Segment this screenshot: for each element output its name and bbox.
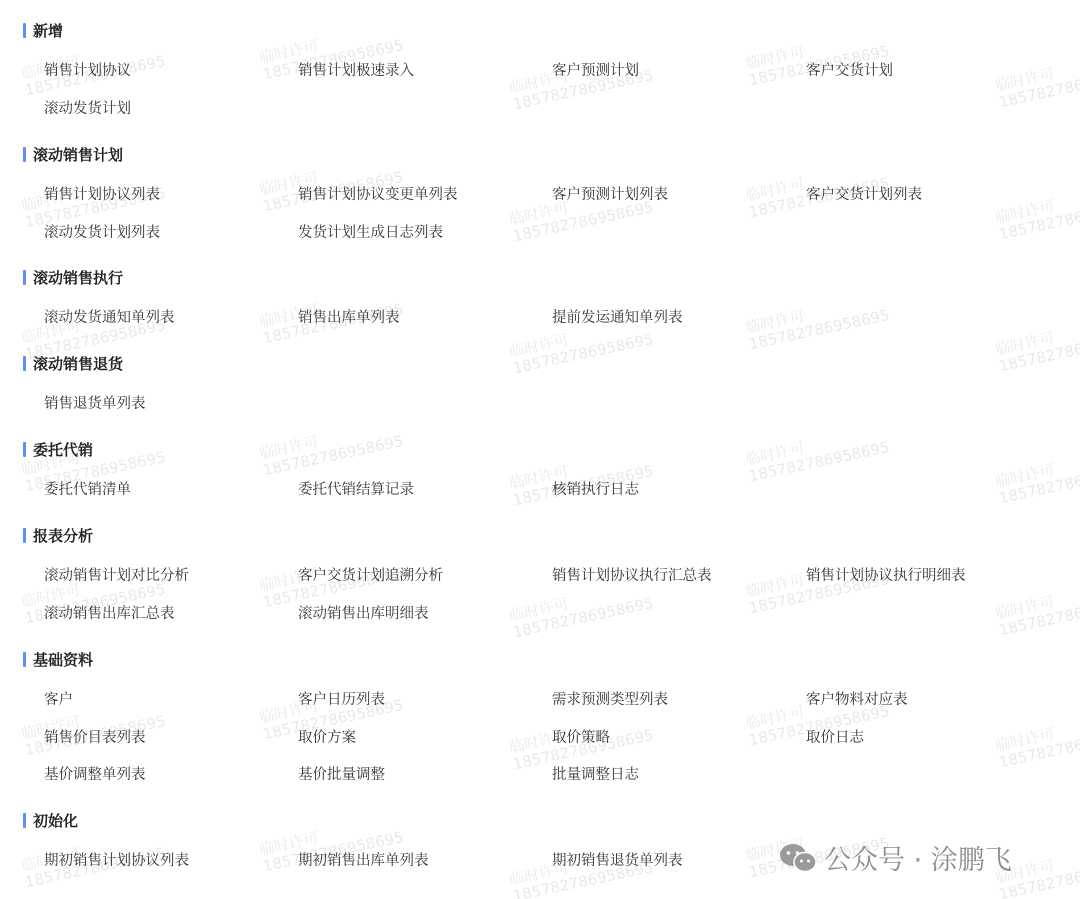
menu-link[interactable]: 客户交货计划列表 — [806, 186, 922, 204]
menu-link[interactable]: 客户交货计划追溯分析 — [298, 567, 443, 585]
watermark: 临时许可185782786958695 — [258, 152, 405, 215]
menu-link[interactable]: 客户日历列表 — [298, 691, 385, 709]
watermark: 临时许可185782786958695 — [994, 180, 1080, 243]
section-accent-bar — [23, 442, 26, 457]
section-title-label: 新增 — [33, 20, 63, 41]
menu-link[interactable]: 客户物料对应表 — [806, 691, 908, 709]
section-accent-bar — [23, 813, 26, 828]
menu-link[interactable]: 销售计划协议列表 — [44, 186, 160, 204]
section-title: 滚动销售执行 — [23, 269, 123, 285]
menu-link[interactable]: 提前发运通知单列表 — [552, 309, 683, 327]
menu-link[interactable]: 期初销售退货单列表 — [552, 852, 683, 870]
section-title: 委托代销 — [23, 441, 93, 457]
menu-link[interactable]: 销售计划极速录入 — [298, 62, 414, 80]
section-title-label: 初始化 — [33, 810, 78, 831]
footer-brand-text: 公众号 · 涂鹏飞 — [824, 838, 1012, 877]
menu-link[interactable]: 销售计划协议 — [44, 62, 131, 80]
menu-link[interactable]: 需求预测类型列表 — [552, 691, 668, 709]
watermark: 临时许可185782786958695 — [994, 444, 1080, 507]
section-title: 新增 — [23, 22, 63, 38]
menu-link[interactable]: 滚动销售出库明细表 — [298, 605, 429, 623]
watermark: 临时许可185782786958695 — [258, 416, 405, 479]
section-title: 报表分析 — [23, 527, 93, 543]
section-accent-bar — [23, 270, 26, 285]
watermark: 临时许可185782786958695 — [744, 290, 891, 353]
menu-link[interactable]: 滚动销售计划对比分析 — [44, 567, 189, 585]
section-title-label: 基础资料 — [33, 649, 93, 670]
menu-link[interactable]: 取价策略 — [552, 729, 610, 747]
watermark: 临时许可185782786958695 — [508, 50, 655, 113]
menu-link[interactable]: 客户 — [44, 691, 73, 709]
watermark: 临时许可185782786958695 — [994, 576, 1080, 639]
menu-link[interactable]: 发货计划生成日志列表 — [298, 224, 443, 242]
menu-link[interactable]: 取价日志 — [806, 729, 864, 747]
menu-link[interactable]: 销售计划协议变更单列表 — [298, 186, 458, 204]
footer-brand: 公众号 · 涂鹏飞 — [778, 838, 1012, 877]
menu-link[interactable]: 滚动发货通知单列表 — [44, 309, 175, 327]
menu-link[interactable]: 销售退货单列表 — [44, 395, 146, 413]
menu-link[interactable]: 销售计划协议执行汇总表 — [552, 567, 712, 585]
watermark: 临时许可185782786958695 — [508, 578, 655, 641]
menu-link[interactable]: 滚动发货计划 — [44, 100, 131, 118]
menu-link[interactable]: 基价批量调整 — [298, 766, 385, 784]
watermark: 临时许可185782786958695 — [994, 48, 1080, 111]
watermark: 临时许可185782786958695 — [994, 312, 1080, 375]
section-title: 基础资料 — [23, 651, 93, 667]
section-accent-bar — [23, 652, 26, 667]
section-title-label: 报表分析 — [33, 525, 93, 546]
section-title-label: 滚动销售退货 — [33, 353, 123, 374]
watermark: 临时许可185782786958695 — [508, 842, 655, 899]
section-accent-bar — [23, 356, 26, 371]
menu-link[interactable]: 期初销售出库单列表 — [298, 852, 429, 870]
wechat-icon — [778, 842, 818, 874]
menu-link[interactable]: 取价方案 — [298, 729, 356, 747]
watermark: 临时许可185782786958695 — [744, 422, 891, 485]
section-accent-bar — [23, 23, 26, 38]
section-accent-bar — [23, 147, 26, 162]
watermark: 临时许可185782786958695 — [994, 708, 1080, 771]
menu-link[interactable]: 客户预测计划 — [552, 62, 639, 80]
menu-link[interactable]: 委托代销清单 — [44, 481, 131, 499]
section-accent-bar — [23, 528, 26, 543]
section-title-label: 委托代销 — [33, 439, 93, 460]
menu-link[interactable]: 滚动销售出库汇总表 — [44, 605, 175, 623]
watermark: 临时许可185782786958695 — [744, 554, 891, 617]
section-title: 滚动销售计划 — [23, 146, 123, 162]
menu-link[interactable]: 批量调整日志 — [552, 766, 639, 784]
section-title-label: 滚动销售计划 — [33, 144, 123, 165]
section-title: 初始化 — [23, 812, 78, 828]
menu-link[interactable]: 销售出库单列表 — [298, 309, 400, 327]
menu-link[interactable]: 期初销售计划协议列表 — [44, 852, 189, 870]
menu-link[interactable]: 滚动发货计划列表 — [44, 224, 160, 242]
menu-link[interactable]: 客户预测计划列表 — [552, 186, 668, 204]
section-title: 滚动销售退货 — [23, 355, 123, 371]
menu-link[interactable]: 销售计划协议执行明细表 — [806, 567, 966, 585]
menu-link[interactable]: 客户交货计划 — [806, 62, 893, 80]
watermark: 临时许可185782786958695 — [508, 446, 655, 509]
section-title-label: 滚动销售执行 — [33, 267, 123, 288]
menu-link[interactable]: 核销执行日志 — [552, 481, 639, 499]
menu-link[interactable]: 委托代销结算记录 — [298, 481, 414, 499]
menu-link[interactable]: 基价调整单列表 — [44, 766, 146, 784]
menu-link[interactable]: 销售价目表列表 — [44, 729, 146, 747]
